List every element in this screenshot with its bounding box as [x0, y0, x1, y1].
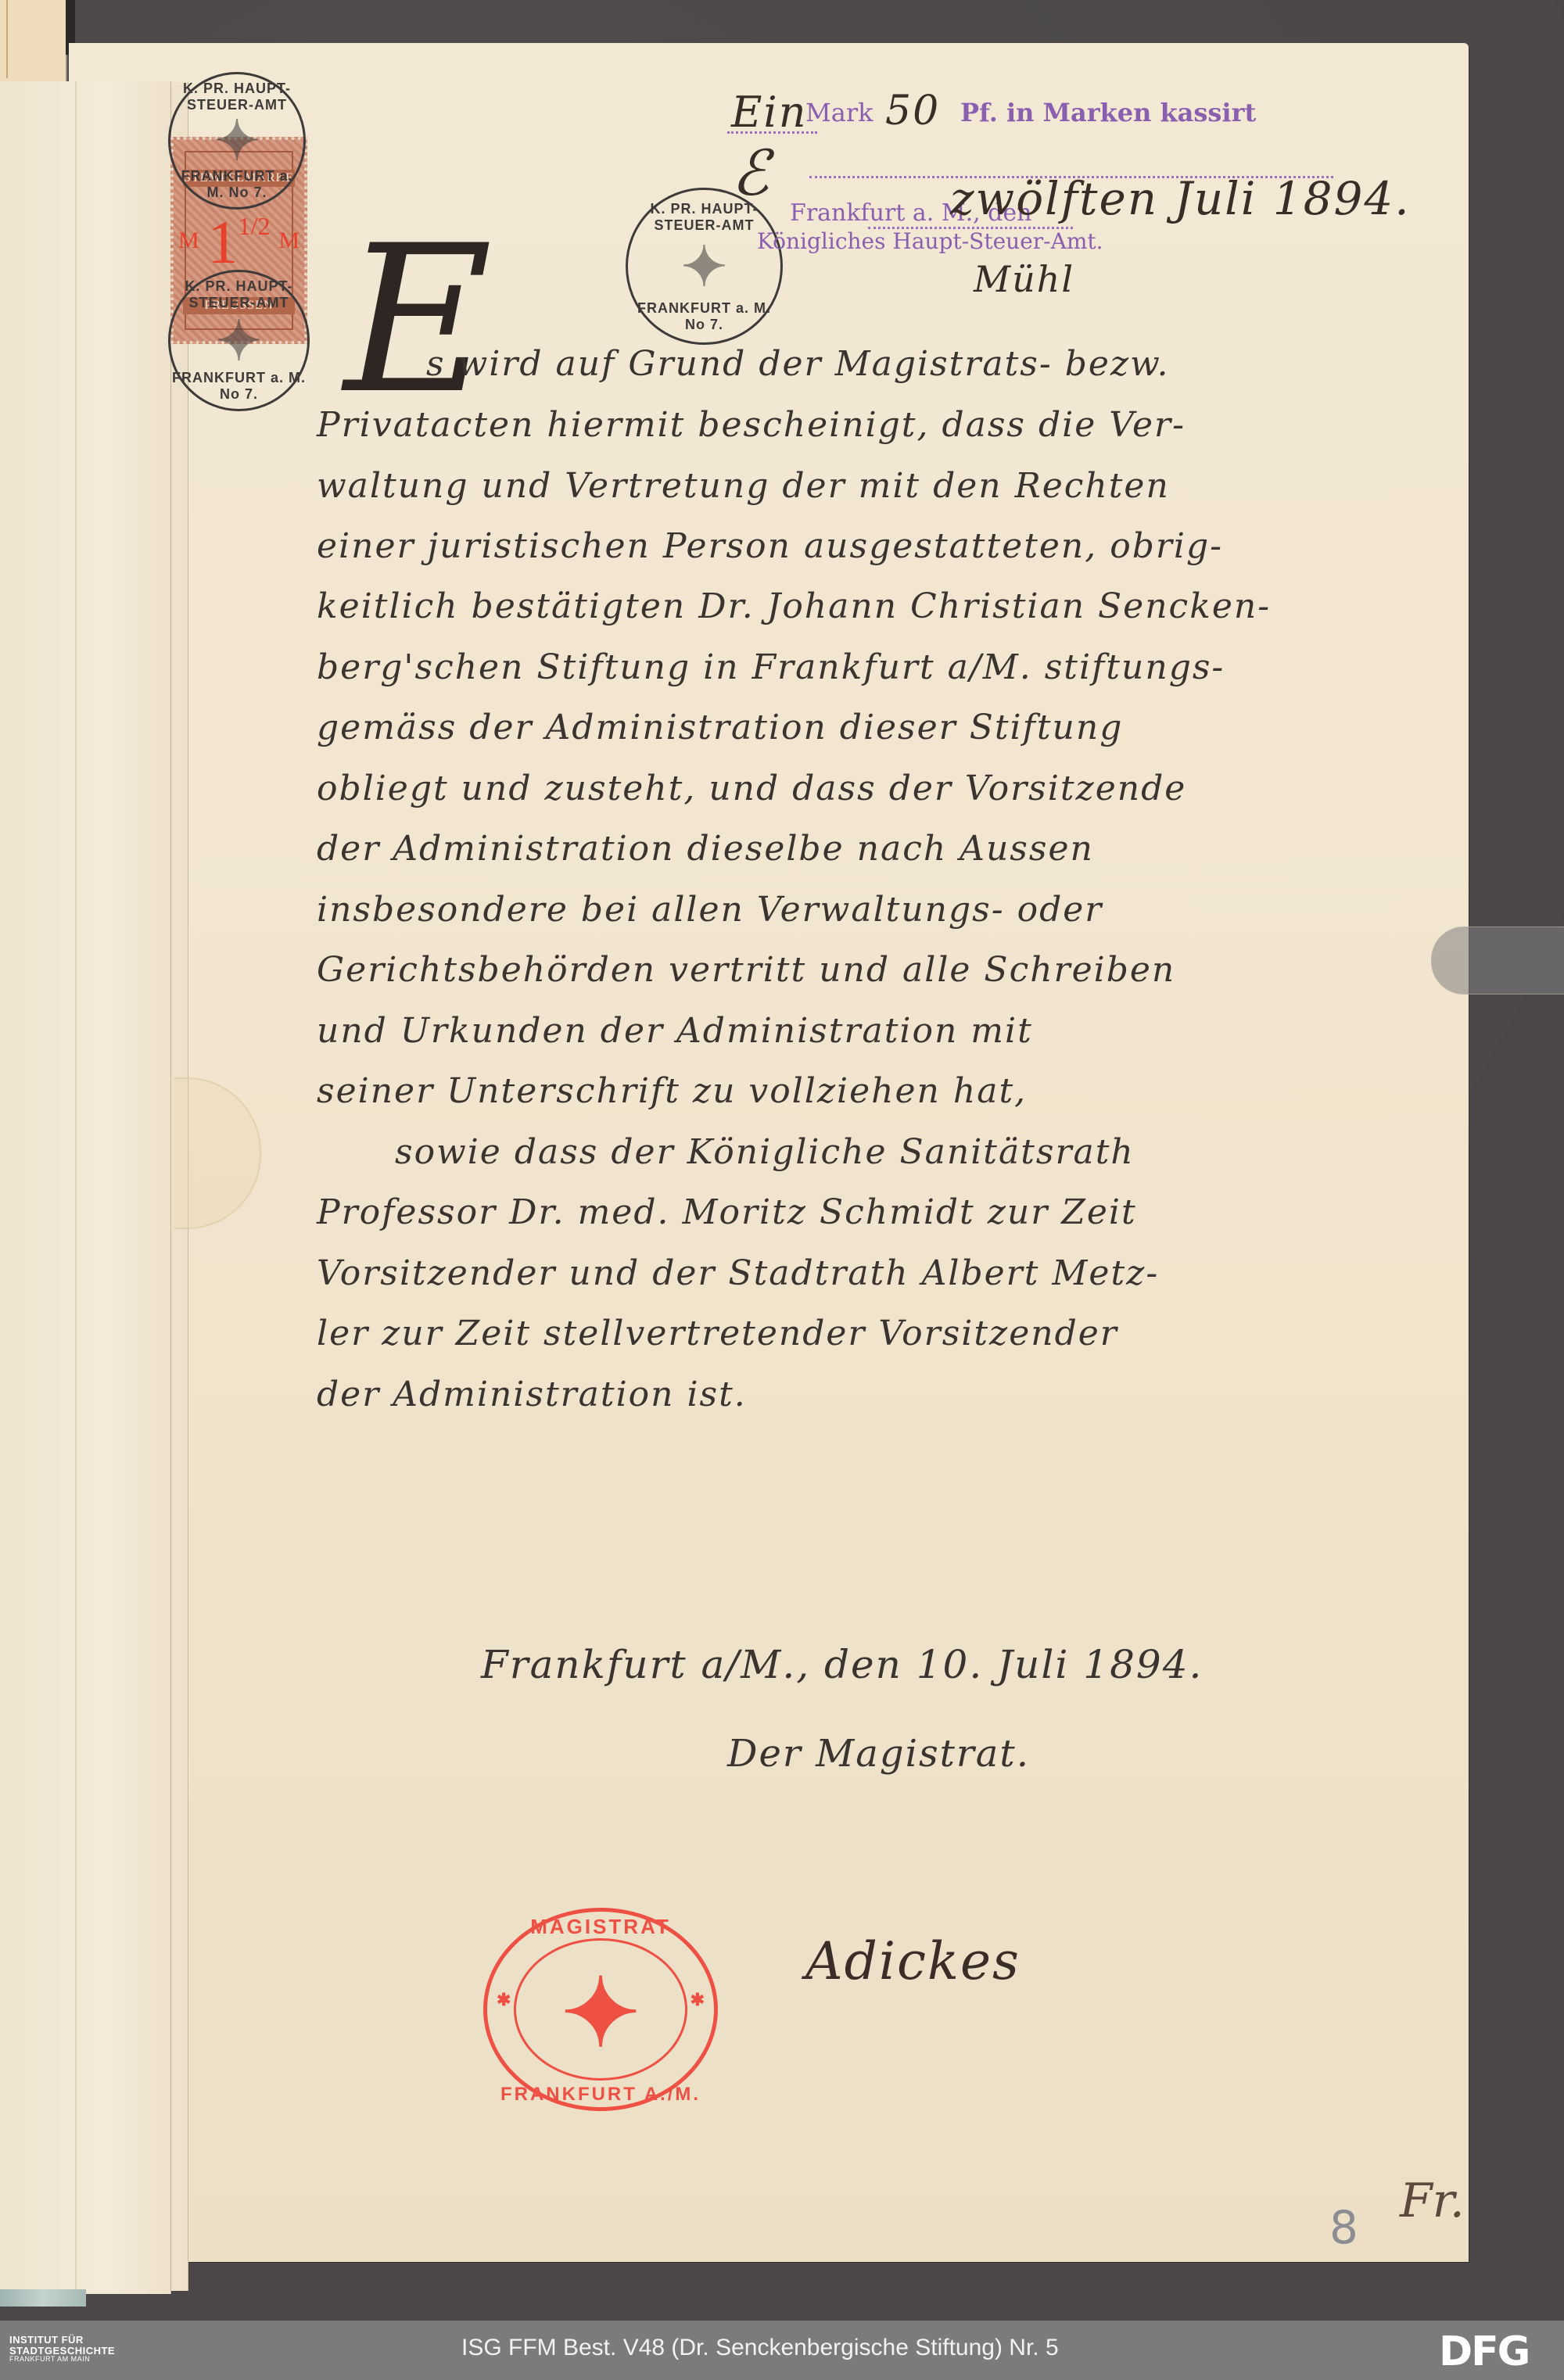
stamp-value-whole: 1: [208, 208, 239, 276]
header-hand-amount-word: Ein: [731, 88, 807, 137]
institute-line-1: INSTITUT FÜR: [9, 2335, 115, 2346]
header-printed-mark: Mark: [805, 98, 873, 127]
body-line: Gerichtsbehörden vertritt und alle Schre…: [317, 950, 1175, 990]
body-line: waltung und Vertretung der mit den Recht…: [317, 466, 1170, 506]
folio-note-ink: Fr.: [1400, 2174, 1465, 2228]
stamp-value-fraction: 1/2: [239, 212, 271, 240]
eagle-icon: ✦: [681, 235, 727, 299]
body-line: ler zur Zeit stellvertretender Vorsitzen…: [317, 1314, 1118, 1353]
previous-page-flap: [0, 81, 171, 2294]
body-line: Privatacten hiermit bescheinigt, dass di…: [317, 405, 1186, 445]
tax-office-ring-bottom: FRANKFURT a. M. No 7.: [628, 300, 780, 333]
header-hand-date: zwölften Juli 1894.: [950, 172, 1411, 225]
seal-bottom-text: FRANKFURT A./M.: [487, 2084, 714, 2106]
body-line: seiner Unterschrift zu vollziehen hat,: [317, 1071, 1027, 1111]
cancellation-stamp-upper: K. PR. HAUPT-STEUER-AMT ✦ FRANKFURT a. M…: [168, 72, 306, 210]
cancellation-ring-top: K. PR. HAUPT-STEUER-AMT: [170, 278, 307, 311]
magistrat-seal: MAGISTRAT ✱ ✦ ✱ FRANKFURT A./M.: [483, 1908, 718, 2111]
signature: Adickes: [805, 1931, 1021, 1991]
institute-line-3: FRANKFURT AM MAIN: [9, 2356, 115, 2363]
star-icon: ✱: [497, 1990, 511, 2010]
stamp-unit-right: M: [278, 228, 300, 254]
body-line: gemäss der Administration dieser Stiftun…: [317, 708, 1123, 747]
body-line: Vorsitzender und der Stadtrath Albert Me…: [317, 1253, 1159, 1293]
institute-line-2: STADTGESCHICHTE: [9, 2346, 115, 2357]
header-printed-suffix: Pf. in Marken kassirt: [960, 98, 1256, 127]
archive-caption: ISG FFM Best. V48 (Dr. Senckenbergische …: [461, 2335, 1059, 2361]
tax-office-seal: K. PR. HAUPT-STEUER-AMT ✦ FRANKFURT a. M…: [626, 188, 783, 345]
body-line: der Administration dieselbe nach Aussen: [317, 829, 1094, 869]
header-printed-office: Königliches Haupt-Steuer-Amt.: [757, 228, 1103, 254]
folio-number-pencil: 8: [1329, 2201, 1358, 2254]
body-line: Professor Dr. med. Moritz Schmidt zur Ze…: [317, 1192, 1137, 1232]
flap-crease: [75, 81, 77, 2294]
eagle-icon: ✦: [216, 309, 262, 373]
clip-tab: [1431, 927, 1564, 995]
body-line: der Administration ist.: [317, 1375, 747, 1414]
underlying-page-edge: [0, 0, 67, 83]
dfg-logo: DFG: [1439, 2332, 1529, 2372]
seal-top-text: MAGISTRAT: [487, 1915, 714, 1939]
body-line: und Urkunden der Administration mit: [317, 1011, 1033, 1051]
cancellation-ring-bottom: FRANKFURT a. M. No 7.: [170, 370, 307, 403]
eagle-icon: ✦: [214, 109, 260, 173]
star-icon: ✱: [691, 1990, 705, 2010]
issuing-authority: Der Magistrat.: [727, 1732, 1030, 1776]
header-hand-initials: Mühl: [974, 258, 1074, 300]
dotted-rule: [727, 131, 817, 134]
binding-strip: [0, 2289, 86, 2307]
body-line: berg'schen Stiftung in Frankfurt a/M. st…: [317, 647, 1225, 687]
cancellation-ring-bottom: FRANKFURT a. M. No 7.: [170, 168, 303, 201]
archive-footer-bar: INSTITUT FÜR STADTGESCHICHTE FRANKFURT A…: [0, 2321, 1564, 2380]
body-line: insbesondere bei allen Verwaltungs- oder: [317, 890, 1103, 930]
body-line: sowie dass der Königliche Sanitätsrath: [395, 1132, 1135, 1172]
body-line: einer juristischen Person ausgestatteten…: [317, 526, 1223, 566]
place-date-line: Frankfurt a/M., den 10. Juli 1894.: [481, 1642, 1203, 1687]
eagle-icon: ✦: [561, 1966, 640, 2060]
body-line: obliegt und zusteht, und dass der Vorsit…: [317, 769, 1186, 808]
cancellation-stamp-lower: K. PR. HAUPT-STEUER-AMT ✦ FRANKFURT a. M…: [168, 270, 310, 411]
body-line: s wird auf Grund der Magistrats- bezw.: [426, 344, 1170, 384]
institute-logo: INSTITUT FÜR STADTGESCHICHTE FRANKFURT A…: [9, 2335, 115, 2364]
header-hand-amount: 50: [885, 88, 940, 134]
page-crease: [6, 0, 8, 78]
decorative-initial: E: [344, 219, 493, 422]
body-line: keitlich bestätigten Dr. Johann Christia…: [317, 586, 1271, 626]
header-hand-flourish: ℰ: [731, 137, 770, 210]
